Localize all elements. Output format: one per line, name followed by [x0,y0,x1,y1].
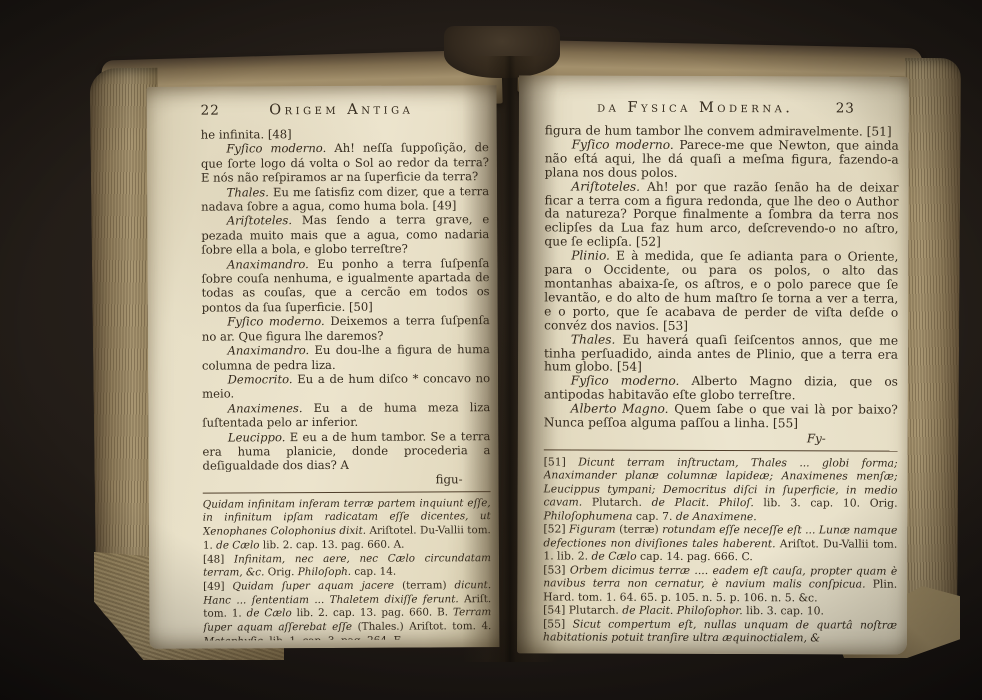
paragraph-segment: Anaximandro. [227,343,309,357]
left-page-header: 22 Origem Antiga [201,101,489,119]
left-page-number: 22 [201,103,220,119]
footnote: [53] Orbem dicimus terræ .... eadem eſt … [543,563,897,605]
book-photo: 22 Origem Antiga he infinita. [48]Fyſico… [0,0,982,700]
left-page-footnotes: Quidam infinitam inferam terræ partem in… [203,497,492,641]
footnote-segment: Figuram [569,523,619,536]
paragraph: Anaximandro. Eu ponho a terra ſuſpenſa ſ… [201,256,489,315]
footnote-segment: Metaphyſic. [203,635,266,641]
paragraph: Fyſico moderno. Deixemos a terra ſuſpenſ… [202,313,490,343]
paragraph-segment: figura de hum tambor lhe convem admirave… [545,123,892,138]
paragraph-segment: Alberto Magno. [571,402,669,416]
footnote: [55] Sicut compertum eſt, nullas unquam … [543,617,897,645]
paragraph: Leucippo. E eu a de hum tambor. Se a ter… [202,429,490,474]
paragraph: Anaximandro. Eu dou-lhe a figura de huma… [202,342,490,372]
footnote-segment: Sicut compertum eſt, nullas unquam de qu… [543,617,897,644]
footnote: [48] Infinitam, nec aere, nec Cælo circu… [203,552,491,581]
paragraph: Ariſtoteles. Ah! por que razão ſenão ha … [544,180,898,251]
footnote-segment: Orbem dicimus terræ .... eadem eſt cauſa… [543,563,897,591]
footnote-segment: lib. 3. cap. 10. [743,605,824,618]
right-page-header: da Fysica Moderna. 23 [545,99,899,116]
paragraph: Alberto Magno. Quem ſabe o que vai là po… [544,403,898,432]
paragraph-segment: Thales. [571,332,616,346]
footnote-segment: lib. 1. cap. 3. pag. 264. E. [266,634,404,640]
footnote-segment: lib. 2. cap. 13. pag. 660. B. [292,607,453,620]
paragraph: Plinio. E à medida, que ſe adianta para … [544,250,898,335]
paragraph: Anaximenes. Eu a de huma meza liza ſuſte… [202,400,490,430]
footnote-segment: (terram) [402,579,446,591]
footnote: [54] Plutarch. de Placit. Philoſophor. l… [543,604,897,619]
footnote-segment: [53] [543,563,570,576]
paragraph: Ariſtoteles. Mas ſendo a terra grave, e … [201,213,489,258]
footnote-segment: Orig. [264,566,297,578]
left-page-body: he infinita. [48]Fyſico moderno. Ah! neſ… [201,126,491,473]
right-page-number: 23 [836,100,855,116]
paragraph: Democrito. Eu a de hum diſco * concavo n… [202,371,490,401]
footnote-segment: (Thales.) Ariſtot. tom. 4. [358,620,492,633]
footnote-segment: lib. 2. cap. 13. pag. 660. A. [260,538,405,551]
footnote-segment: cap. 7. [632,510,675,523]
footnote-segment: [54] Plutarch. [543,604,622,617]
footnote-segment: de Cælo [591,550,636,563]
footnote-segment: lib. 3. cap. 10. Orig. [754,497,898,511]
footnote-segment: [55] [543,617,573,630]
footnote: [52] Figuram (terræ) rotundam eſſe neceſ… [543,523,897,565]
right-footnote-rule [544,449,898,451]
left-running-title: Origem Antiga [220,101,463,118]
paragraph: Fyſico moderno. Parece-me que Newton, qu… [545,138,899,181]
right-running-title: da Fysica Moderna. [555,99,836,116]
book-fore-edge-right [901,58,961,642]
left-footnote-rule [203,491,491,494]
footnote: [51] Dicunt terram inſtructam, Thales ..… [543,455,897,524]
paragraph-segment: Fyſico moderno. [226,141,326,156]
right-page: da Fysica Moderna. 23 figura de hum tamb… [517,75,909,654]
footnote-segment: cap. 14. [351,566,396,578]
paragraph-segment: Ariſtoteles. [227,214,292,228]
right-page-body: figura de hum tambor lhe convem admirave… [544,124,899,431]
footnote-segment: Philoſoph. [298,566,351,578]
left-page: 22 Origem Antiga he infinita. [48]Fyſico… [147,85,500,649]
footnote: Quidam infinitam inferam terræ partem in… [203,497,491,553]
paragraph: he infinita. [48] [201,126,489,142]
paragraph-segment: Anaximandro. [227,257,309,271]
paragraph-segment: Democrito. [228,372,293,386]
paragraph-segment: Fyſico moderno. [572,137,674,151]
paragraph: Thales. Eu me ſatisfiz com dizer, que a … [201,184,489,214]
paragraph-segment: Fyſico moderno. [571,374,680,388]
footnote-segment: [48] [203,553,234,565]
paragraph-segment: Fyſico moderno. [227,314,324,329]
footnote-segment: de Placit. Philoſophor. [622,604,743,617]
paragraph-segment: he infinita. [48] [201,127,292,141]
footnote-segment: (terræ) [619,523,659,536]
footnote-segment: [52] [543,523,569,536]
paragraph: Thales. Eu haverá quaſi ſeiſcentos annos… [544,333,898,376]
footnote-segment: de Cælo [216,539,259,551]
paragraph-segment: Anaximenes. [228,401,303,415]
paragraph: Fyſico moderno. Ah! neſſa ſuppoſição, de… [201,141,489,186]
paragraph-segment: Thales. [227,185,269,199]
footnote-segment: Plutarch. [582,496,651,509]
left-catchword: figu- [203,472,491,488]
footnote-segment: cap. 14. pag. 666. C. [637,550,753,563]
footnote-segment: Quidam ſuper aquam jacere [232,580,402,593]
footnote-segment: de Cælo [247,608,292,620]
paragraph-segment: Ariſtoteles. [571,179,640,193]
footnote: [49] Quidam ſuper aquam jacere (terram) … [203,579,491,641]
footnote-segment: de Anaximene. [676,510,757,523]
footnote-segment: [51] [544,455,579,468]
paragraph-segment: Plinio. [571,249,610,263]
paragraph-segment: Leucippo. [228,430,286,444]
paragraph: Fyſico moderno. Alberto Magno dizia, que… [544,375,898,404]
right-page-footnotes: [51] Dicunt terram inſtructam, Thales ..… [543,455,898,645]
right-catchword: Fy- [544,430,898,445]
footnote-segment: [49] [203,580,232,592]
book-spine-top [444,26,560,78]
footnote-segment: Philoſophumena [543,509,632,522]
footnote-segment: de Placit. Philoſ. [652,496,754,509]
